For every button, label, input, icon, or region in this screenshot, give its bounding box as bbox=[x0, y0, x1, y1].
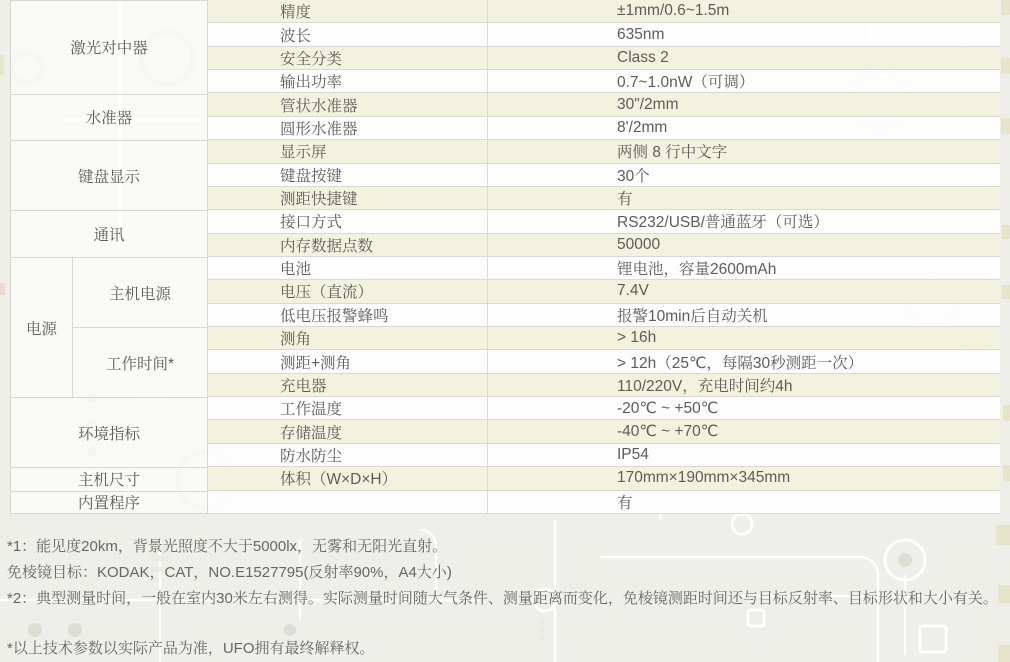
spec-name-cell: 体积（W×D×H） bbox=[208, 467, 488, 489]
spec-table: 精度 ±1mm/0.6~1.5m 波长 635nm 安全分类 Class 2 输… bbox=[10, 0, 1000, 514]
spec-value-cell: IP54 bbox=[488, 444, 1000, 466]
table-row: 电压（直流） 7.4V bbox=[208, 280, 1000, 303]
spec-value-cell: 170mm×190mm×345mm bbox=[488, 467, 1000, 489]
spec-name-cell: 充电器 bbox=[208, 374, 488, 396]
spec-name-cell: 波长 bbox=[208, 23, 488, 45]
table-row: 圆形水准器 8'/2mm bbox=[208, 117, 1000, 140]
table-row: 显示屏 两侧 8 行中文字 bbox=[208, 140, 1000, 163]
table-row: 充电器 110/220V，充电时间约4h bbox=[208, 374, 1000, 397]
spec-value-cell: > 16h bbox=[488, 327, 1000, 349]
page: 精度 ±1mm/0.6~1.5m 波长 635nm 安全分类 Class 2 输… bbox=[0, 0, 1010, 662]
table-row: 电池 锂电池，容量2600mAh bbox=[208, 257, 1000, 280]
category-cell-laser-plummet: 激光对中器 bbox=[10, 0, 208, 95]
table-row: 管状水准器 30"/2mm bbox=[208, 93, 1000, 116]
spec-name-cell bbox=[208, 491, 488, 513]
category-cell-builtin-programs: 内置程序 bbox=[10, 491, 208, 514]
category-cell-dimensions: 主机尺寸 bbox=[10, 467, 208, 491]
spec-value-cell: 有 bbox=[488, 491, 1000, 513]
spec-value-cell: 50000 bbox=[488, 234, 1000, 256]
table-row: 测距快捷键 有 bbox=[208, 187, 1000, 210]
spec-value-cell: > 12h（25℃，每隔30秒测距一次） bbox=[488, 350, 1000, 372]
spec-name-cell: 接口方式 bbox=[208, 210, 488, 232]
table-row: 精度 ±1mm/0.6~1.5m bbox=[208, 0, 1000, 23]
spec-name-cell: 管状水准器 bbox=[208, 93, 488, 115]
spec-value-cell: 30"/2mm bbox=[488, 93, 1000, 115]
spec-name-cell: 存储温度 bbox=[208, 420, 488, 442]
spec-value-cell: 7.4V bbox=[488, 280, 1000, 302]
category-cell-keyboard-display: 键盘显示 bbox=[10, 140, 208, 211]
spec-value-cell: RS232/USB/普通蓝牙（可选） bbox=[488, 210, 1000, 232]
table-row: 内存数据点数 50000 bbox=[208, 234, 1000, 257]
category-cell-communication: 通讯 bbox=[10, 210, 208, 258]
category-cell-working-time: 工作时间* bbox=[72, 327, 208, 398]
spec-value-cell: 0.7~1.0nW（可调） bbox=[488, 70, 1000, 92]
spec-name-cell: 电池 bbox=[208, 257, 488, 279]
spec-name-cell: 圆形水准器 bbox=[208, 117, 488, 139]
footnote-1: *1：能见度20km，背景光照度不大于5000lx，无雾和无阳光直射。 bbox=[7, 535, 447, 556]
table-row: 测角 > 16h bbox=[208, 327, 1000, 350]
spec-name-cell: 键盘按键 bbox=[208, 164, 488, 186]
spec-name-cell: 防水防尘 bbox=[208, 444, 488, 466]
spec-name-cell: 低电压报警蜂鸣 bbox=[208, 304, 488, 326]
table-row: 存储温度 -40℃ ~ +70℃ bbox=[208, 420, 1000, 443]
spec-name-cell: 精度 bbox=[208, 0, 488, 22]
spec-value-cell: 8'/2mm bbox=[488, 117, 1000, 139]
table-row: 输出功率 0.7~1.0nW（可调） bbox=[208, 70, 1000, 93]
spec-value-cell: 报警10min后自动关机 bbox=[488, 304, 1000, 326]
table-row: 测距+测角 > 12h（25℃，每隔30秒测距一次） bbox=[208, 350, 1000, 373]
spec-value-cell: 两侧 8 行中文字 bbox=[488, 140, 1000, 162]
table-row: 键盘按键 30个 bbox=[208, 164, 1000, 187]
footnote-2: *2：典型测量时间，一般在室内30米左右测得。实际测量时间随大气条件、测量距离而… bbox=[7, 587, 998, 608]
category-cell-level-vial: 水准器 bbox=[10, 94, 208, 142]
footnote-disclaimer: *以上技术参数以实际产品为准，UFO拥有最终解释权。 bbox=[7, 637, 375, 658]
spec-value-cell: -40℃ ~ +70℃ bbox=[488, 420, 1000, 442]
spec-name-cell: 内存数据点数 bbox=[208, 234, 488, 256]
spec-name-cell: 测角 bbox=[208, 327, 488, 349]
spec-name-cell: 显示屏 bbox=[208, 140, 488, 162]
category-cell-environment: 环境指标 bbox=[10, 397, 208, 468]
spec-value-cell: -20℃ ~ +50℃ bbox=[488, 397, 1000, 419]
spec-name-cell: 安全分类 bbox=[208, 47, 488, 69]
spec-name-cell: 测距+测角 bbox=[208, 350, 488, 372]
table-row: 工作温度 -20℃ ~ +50℃ bbox=[208, 397, 1000, 420]
spec-rows: 精度 ±1mm/0.6~1.5m 波长 635nm 安全分类 Class 2 输… bbox=[208, 0, 1000, 514]
spec-value-cell: Class 2 bbox=[488, 47, 1000, 69]
category-cell-main-power: 主机电源 bbox=[72, 257, 208, 328]
spec-name-cell: 电压（直流） bbox=[208, 280, 488, 302]
table-row: 波长 635nm bbox=[208, 23, 1000, 46]
footnote-prism-target: 免棱镜目标：KODAK，CAT，NO.E1527795(反射率90%，A4大小) bbox=[7, 561, 452, 582]
spec-value-cell: ±1mm/0.6~1.5m bbox=[488, 0, 1000, 22]
table-row: 有 bbox=[208, 491, 1000, 514]
spec-value-cell: 锂电池，容量2600mAh bbox=[488, 257, 1000, 279]
table-row: 低电压报警蜂鸣 报警10min后自动关机 bbox=[208, 304, 1000, 327]
table-row: 体积（W×D×H） 170mm×190mm×345mm bbox=[208, 467, 1000, 490]
table-row: 接口方式 RS232/USB/普通蓝牙（可选） bbox=[208, 210, 1000, 233]
spec-value-cell: 110/220V，充电时间约4h bbox=[488, 374, 1000, 396]
spec-name-cell: 工作温度 bbox=[208, 397, 488, 419]
spec-name-cell: 测距快捷键 bbox=[208, 187, 488, 209]
category-cell-power: 电源 bbox=[10, 257, 73, 398]
spec-value-cell: 635nm bbox=[488, 23, 1000, 45]
spec-name-cell: 输出功率 bbox=[208, 70, 488, 92]
table-row: 安全分类 Class 2 bbox=[208, 47, 1000, 70]
spec-value-cell: 30个 bbox=[488, 164, 1000, 186]
spec-value-cell: 有 bbox=[488, 187, 1000, 209]
table-row: 防水防尘 IP54 bbox=[208, 444, 1000, 467]
